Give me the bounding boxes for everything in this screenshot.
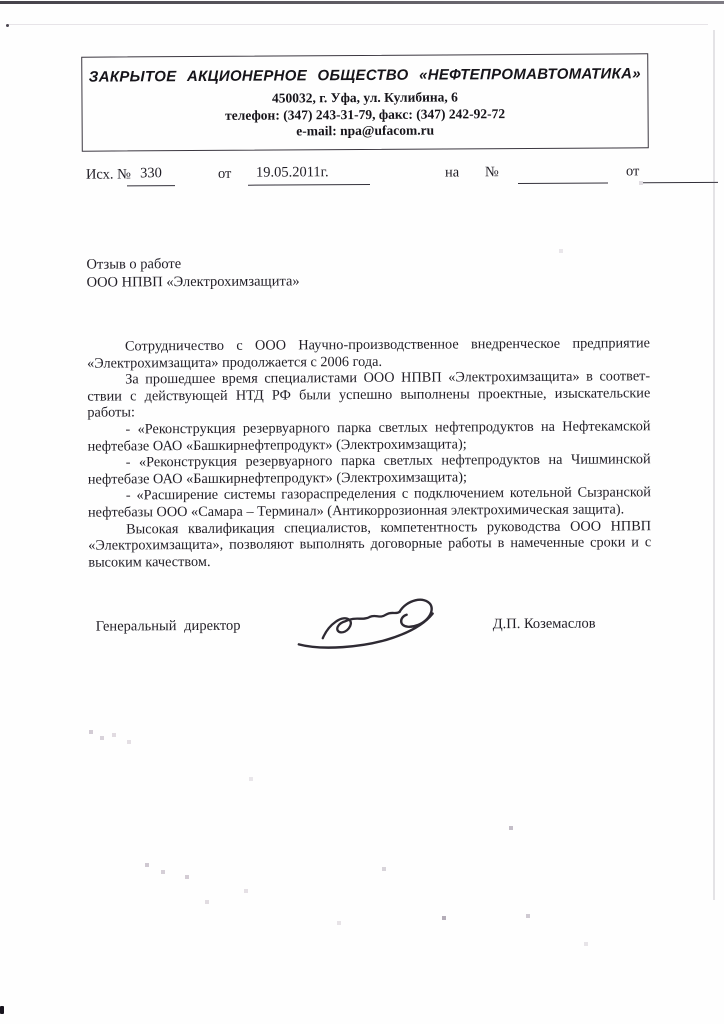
scanned-letter-page: ЗАКРЫТОЕ АКЦИОНЕРНОЕ ОБЩЕСТВО «НЕФТЕПРОМ…	[0, 0, 724, 1024]
scan-bottom-left-mark	[0, 1006, 4, 1014]
on-label: на	[445, 164, 459, 181]
outgoing-ref-line: Исх. № 330 от 19.05.2011г. на № от	[0, 159, 722, 193]
scan-corner-dot	[6, 24, 9, 27]
signature-scribble	[293, 594, 443, 653]
body-line: «Электрохимзащита», позволяют выполнять …	[88, 534, 651, 554]
outgoing-number-label: Исх. №	[86, 166, 131, 183]
from-label-1: от	[218, 166, 232, 183]
scan-noise-speckles	[0, 0, 2, 2]
letterhead-box: ЗАКРЫТОЕ АКЦИОНЕРНОЕ ОБЩЕСТВО «НЕФТЕПРОМ…	[81, 53, 649, 151]
company-name: ЗАКРЫТОЕ АКЦИОНЕРНОЕ ОБЩЕСТВО «НЕФТЕПРОМ…	[82, 65, 647, 85]
company-email: e-mail: npa@ufacom.ru	[83, 121, 648, 141]
outgoing-number-value: 330	[127, 162, 175, 186]
document-subject: Отзыв о работе ООО НПВП «Электрохимзащит…	[86, 254, 299, 291]
letter-body: Сотрудничество с ООО Научно-производстве…	[87, 335, 651, 571]
incoming-date-blank	[643, 159, 718, 183]
letter-content: ЗАКРЫТОЕ АКЦИОНЕРНОЕ ОБЩЕСТВО «НЕФТЕПРОМ…	[0, 0, 724, 1024]
outgoing-date-value: 19.05.2011г.	[248, 161, 370, 186]
scan-top-edge-line	[0, 1, 724, 4]
subject-line-1: Отзыв о работе	[86, 254, 299, 273]
incoming-number-blank	[518, 159, 608, 184]
subject-line-2: ООО НПВП «Электрохимзащита»	[87, 272, 300, 291]
scan-faint-streak	[8, 24, 708, 25]
director-name: Д.П. Коземаслов	[493, 616, 596, 634]
body-line: Сотрудничество с ООО Научно-производстве…	[87, 335, 650, 355]
number-sign: №	[485, 164, 499, 181]
director-title: Генеральный директор	[96, 618, 241, 636]
scan-right-edge-line	[713, 30, 715, 900]
from-label-2: от	[626, 163, 640, 180]
body-line: высоким качеством.	[88, 551, 651, 571]
body-line: - «Реконструкция резервуарного парка све…	[87, 418, 650, 438]
body-line: - «Реконструкция резервуарного парка све…	[88, 451, 651, 471]
